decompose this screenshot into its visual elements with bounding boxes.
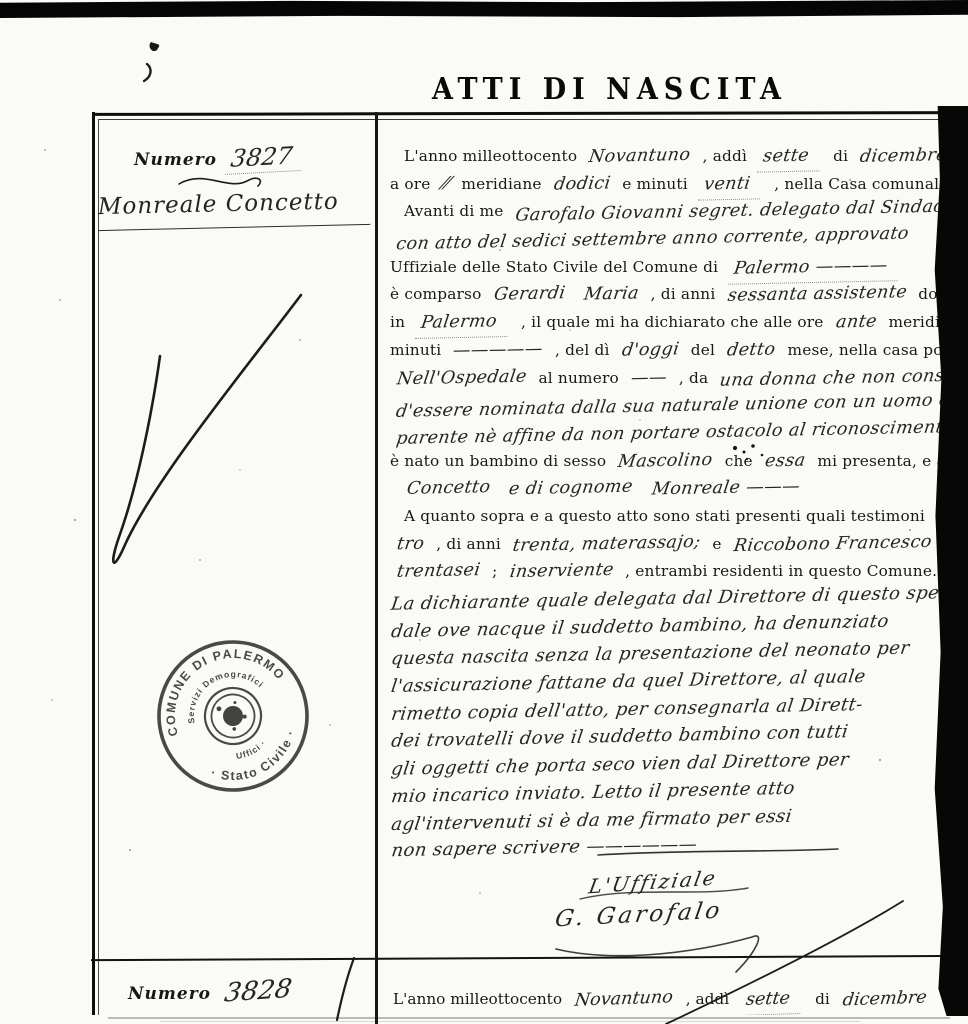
printed-text-segment: , addì [686, 990, 729, 1008]
handwritten-text-segment: Palermo [415, 308, 511, 339]
handwritten-text-segment: detto [725, 336, 777, 365]
handwritten-paragraph-line: mio incarico inviato. Letto il presente … [390, 779, 968, 807]
frame-top-inner-border [98, 119, 968, 120]
handwritten-paragraph-line: gli oggetti che porta seco vien dal Dire… [390, 751, 968, 779]
handwritten-paragraph-line: dei trovatelli dove il suddetto bambino … [390, 723, 968, 751]
handwritten-text-segment: d'oggi [620, 336, 681, 365]
handwritten-paragraph-line: questa nascita senza la presentazione de… [390, 640, 968, 668]
printed-text-segment: , addì [703, 147, 748, 165]
handwritten-paragraph-line: rimetto copia dell'atto, per consegnarla… [390, 696, 968, 724]
printed-text-segment: , del dì [555, 341, 610, 359]
signature-underline-2 [556, 936, 759, 972]
printed-text-segment: in [390, 313, 405, 331]
handwritten-text-segment: ⁄⁄ [441, 171, 451, 199]
act-number-value: 3827 [225, 141, 304, 175]
handwritten-text-segment: Monreale ——— [650, 474, 802, 505]
handwritten-text-segment: sessanta assistente [725, 280, 908, 311]
frame-top-border [92, 111, 968, 116]
bottom-pen-stroke [337, 958, 354, 1020]
act-line: L'anno milleottocento Novantuno , addì s… [390, 142, 968, 170]
signature-block: L'Uffiziale G. Garofalo [556, 870, 722, 928]
next-act-first-line: L'anno milleottocento Novantuno , addì s… [393, 984, 968, 1015]
handwritten-text-segment: dodici [552, 170, 612, 199]
handwritten-text-segment: inserviente [508, 557, 616, 587]
act-line: A quanto sopra e a questo atto sono stat… [390, 502, 968, 530]
printed-text-segment: minuti [390, 341, 441, 359]
handwritten-text-segment: Novantuno [587, 142, 692, 172]
handwritten-paragraph-line: agl'intervenuti si è da me firmato per e… [390, 807, 968, 835]
handwritten-text-segment: dicembre [858, 142, 949, 172]
handwritten-text-segment: essa [763, 447, 807, 476]
handwritten-text-segment: Novantuno [573, 984, 675, 1015]
printed-text-segment: ; [492, 562, 497, 580]
scan-faint-line [108, 1017, 950, 1019]
handwritten-text-segment: Riccobono Francesco [731, 529, 933, 561]
handwritten-text-segment: Mascolino [616, 447, 714, 477]
act-line: con atto del sedici settembre anno corre… [390, 225, 968, 253]
frame-left-border [92, 112, 95, 1015]
margin-column: Numero3827 Monreale Concetto COMUNE DI P… [96, 135, 375, 955]
handwritten-text-segment: sette [757, 142, 823, 172]
printed-text-segment: , il quale mi ha dichiarato che alle ore [521, 313, 824, 331]
municipal-stamp: COMUNE DI PALERMO · Stato Civile · Servi… [144, 627, 322, 805]
printed-text-segment: , entrambi residenti in questo Comune. [625, 562, 937, 580]
numero-label: Numero [134, 150, 217, 170]
column-divider-line [375, 112, 378, 1024]
handwritten-text-segment: venti [698, 170, 764, 200]
printed-text-segment: , nella Casa comunale [774, 175, 948, 193]
printed-text-segment: che [725, 452, 753, 470]
official-signature-name: G. Garofalo [553, 898, 724, 933]
act-line: a ore ⁄⁄ meridiane dodici e minuti venti… [390, 170, 968, 198]
handwritten-text-segment: sette [740, 984, 804, 1015]
scanned-birth-record-page: ATTI DI NASCITA Numero3827 Monreale Conc… [0, 0, 968, 1024]
handwritten-text-segment: non sapere scrivere —————— [390, 831, 699, 865]
printed-text-segment: è nato un bambino di sesso [390, 452, 606, 470]
handwritten-paragraph-line: l'assicurazione fattane da quel Direttor… [390, 668, 968, 696]
handwritten-text-segment: trentasei [395, 557, 482, 586]
act-text-column: L'anno milleottocento Novantuno , addì s… [390, 142, 968, 867]
printed-text-segment: e minuti [622, 175, 688, 193]
printed-text-segment: e [712, 535, 721, 553]
printed-text-segment: A quanto sopra e a questo atto sono stat… [404, 507, 925, 525]
handwritten-text-segment: —— [629, 364, 669, 392]
handwritten-text-segment: Concetto [405, 474, 492, 503]
act-line: tro , di anni trenta, materassajo; e Ric… [390, 530, 968, 558]
scan-edge-top [0, 0, 968, 18]
printed-text-segment: Avanti di me [404, 202, 503, 220]
page-title: ATTI DI NASCITA [432, 72, 787, 107]
handwritten-text-segment: e di cognome [507, 474, 635, 504]
printed-text-segment: L'anno milleottocento [393, 990, 562, 1008]
act-separator-line [91, 955, 968, 962]
next-act-number-value: 3828 [218, 973, 304, 1010]
handwritten-text-segment: Maria [582, 281, 641, 310]
printed-text-segment: di [815, 990, 830, 1008]
handwritten-paragraph-line: non sapere scrivere —————— [390, 834, 968, 862]
act-number-row: Numero3827 [134, 143, 302, 173]
printed-text-segment: di [833, 147, 848, 165]
printed-text-segment: meridiane [461, 175, 541, 193]
printed-text-segment: Uffiziale delle Stato Civile del Comune … [390, 258, 718, 276]
registered-name: Monreale Concetto [98, 188, 371, 231]
act-line: Concetto e di cognome Monreale ——— [390, 474, 968, 502]
handwritten-text-segment: dicembre [841, 984, 929, 1015]
printed-text-segment: , di anni [651, 285, 716, 303]
handwritten-text-segment: Gerardi [492, 281, 567, 310]
printed-text-segment: L'anno milleottocento [404, 147, 577, 165]
act-line: in Palermo , il quale mi ha dichiarato c… [390, 308, 968, 336]
handwritten-text-segment: tro [395, 530, 426, 558]
handwritten-text-segment: Nell'Ospedale [395, 363, 529, 393]
scan-faint-line-2 [160, 1021, 860, 1022]
act-line: minuti ————— , del dì d'oggi del detto m… [390, 336, 968, 364]
act-line: è comparso Gerardi Maria , di anni sessa… [390, 280, 968, 308]
next-numero-label: Numero [128, 984, 211, 1004]
printed-text-segment: a ore [390, 175, 431, 193]
stamp-center-emblem [219, 702, 246, 729]
printed-text-segment: , da [679, 369, 708, 387]
printed-text-segment: è comparso [390, 285, 481, 303]
printed-text-segment: del [691, 341, 715, 359]
act-line: Nell'Ospedale al numero —— , da una donn… [390, 364, 968, 392]
handwritten-text-segment: trenta, materassajo; [511, 529, 702, 561]
ink-comma-mark [144, 64, 151, 81]
handwritten-text-segment: ————— [451, 336, 545, 366]
handwritten-text-segment: ante [834, 309, 879, 338]
next-act-number-row: Numero3828 [128, 976, 301, 1007]
printed-text-segment: , di anni [436, 535, 501, 553]
printed-text-segment: al numero [538, 369, 618, 387]
